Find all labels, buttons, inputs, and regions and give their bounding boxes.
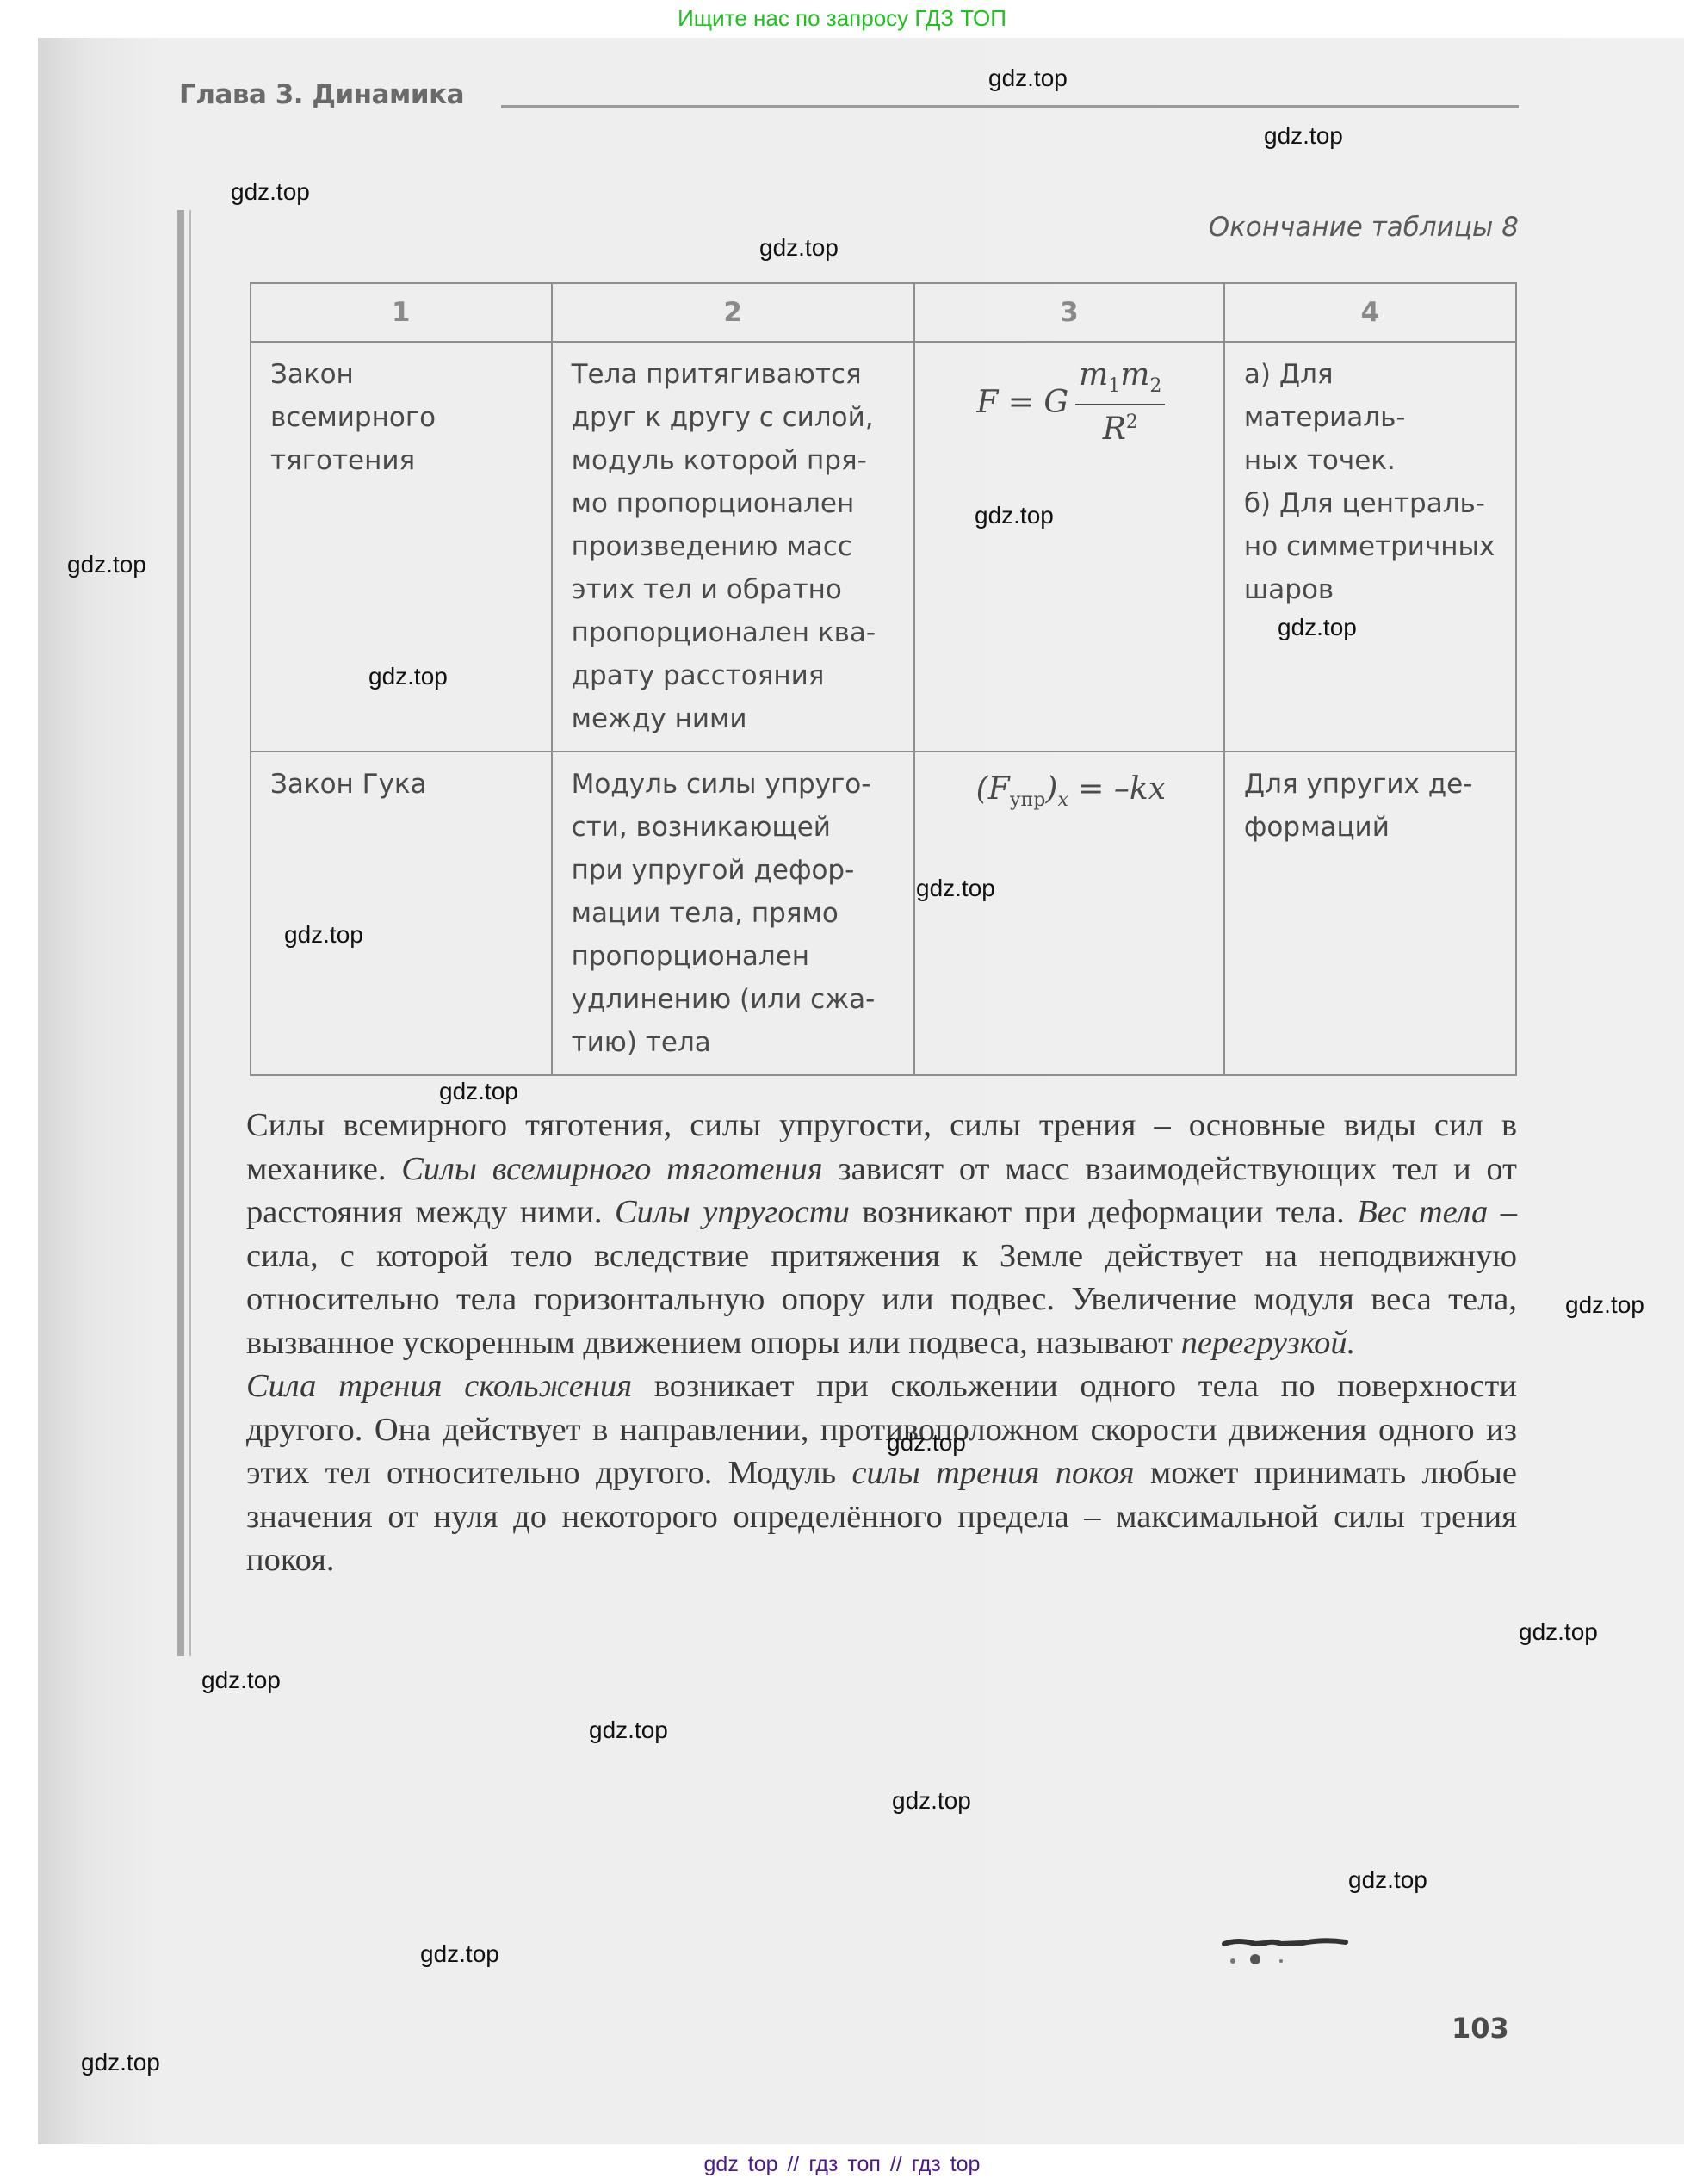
cell-line: а) Для материаль-: [1244, 353, 1500, 439]
cell-line: Тела притягиваются: [572, 353, 898, 396]
watermark-text: gdz.top: [759, 234, 839, 262]
cell-line: но симметричных: [1244, 525, 1500, 568]
margin-bar-thin: [189, 210, 191, 1656]
cell-line: формаций: [1244, 806, 1500, 849]
hooke-formula: (Fупр)x = –kx: [976, 768, 1166, 822]
page-number: 103: [1452, 2012, 1509, 2045]
watermark-text: gdz.top: [201, 1667, 281, 1694]
column-header: 2: [552, 283, 914, 342]
formula-cell: F = G m1m2 R2: [914, 342, 1224, 752]
watermark-text: gdz.top: [439, 1078, 518, 1105]
formula-cell: (Fупр)x = –kx: [914, 752, 1224, 1075]
cell-line: Для упругих де-: [1244, 763, 1500, 806]
paragraph: Сила трения скольжения возникает при ско…: [246, 1364, 1517, 1582]
header-rule: [501, 105, 1519, 108]
term-italic: перегрузкой.: [1181, 1325, 1356, 1361]
watermark-text: gdz.top: [1264, 122, 1343, 150]
term-italic: силы трения покоя: [851, 1455, 1134, 1491]
watermark-text: gdz.top: [1565, 1291, 1644, 1319]
cell-line: шаров: [1244, 568, 1500, 611]
cell-line: сти, возникающей: [572, 806, 898, 849]
cell-line: мо пропорционален: [572, 482, 898, 525]
margin-bar: [177, 210, 184, 1656]
watermark-text: gdz.top: [887, 1429, 966, 1457]
statement-cell: Тела притягиваютсядруг к другу с силой,м…: [552, 342, 914, 752]
watermark-text: gdz.top: [589, 1717, 668, 1744]
cell-line: тию) тела: [572, 1021, 898, 1064]
ink-smudge: [1221, 1937, 1348, 1966]
cell-line: пропорционален: [572, 935, 898, 978]
applicability-cell: Для упругих де-формаций: [1224, 752, 1516, 1075]
watermark-text: gdz.top: [975, 502, 1054, 529]
table-row: Закон Гука Модуль силы упруго-сти, возни…: [251, 752, 1516, 1075]
cell-line: пропорционален ква-: [572, 611, 898, 654]
watermark-text: gdz.top: [916, 875, 995, 902]
column-header: 1: [251, 283, 552, 342]
statement-cell: Модуль силы упруго-сти, возникающейпри у…: [552, 752, 914, 1075]
watermark-text: gdz.top: [1348, 1866, 1427, 1894]
term-italic: Силы всемирного тяготения: [401, 1151, 822, 1187]
column-header: 3: [914, 283, 1224, 342]
law-line: Закон: [270, 353, 536, 396]
cell-line: драту расстояния: [572, 654, 898, 697]
gravitation-formula: F = G m1m2 R2: [976, 358, 1165, 447]
watermark-text: gdz.top: [67, 551, 146, 578]
watermark-text: gdz.top: [1278, 614, 1357, 641]
law-name-cell: Закон Гука: [251, 752, 552, 1075]
watermark-text: gdz.top: [368, 663, 448, 690]
table-caption: Окончание таблицы 8: [1209, 212, 1519, 243]
cell-line: между ними: [572, 697, 898, 740]
watermark-text: gdz.top: [892, 1787, 971, 1815]
applicability-cell: а) Для материаль-ных точек.б) Для центра…: [1224, 342, 1516, 752]
term-italic: Вес тела: [1357, 1194, 1488, 1230]
table-header-row: 1 2 3 4: [251, 283, 1516, 342]
law-line: тяготения: [270, 439, 536, 482]
cell-line: модуль которой пря-: [572, 439, 898, 482]
body-text: Силы всемирного тяготения, силы упругост…: [246, 1104, 1517, 1582]
bottom-banner[interactable]: gdz top // гдз топ // гдз top: [0, 2144, 1684, 2184]
watermark-text: gdz.top: [1519, 1618, 1598, 1646]
law-line: Закон Гука: [270, 763, 536, 806]
cell-line: ных точек.: [1244, 439, 1500, 482]
watermark-text: gdz.top: [284, 921, 363, 949]
cell-line: б) Для централь-: [1244, 482, 1500, 525]
watermark-text: gdz.top: [81, 2049, 160, 2076]
cell-line: мации тела, прямо: [572, 892, 898, 935]
running-head: Глава 3. Динамика: [179, 79, 464, 110]
cell-line: этих тел и обратно: [572, 568, 898, 611]
cell-line: удлинению (или сжа-: [572, 978, 898, 1021]
top-banner[interactable]: Ищите нас по запросу ГДЗ ТОП: [0, 0, 1684, 36]
column-header: 4: [1224, 283, 1516, 342]
watermark-text: gdz.top: [231, 178, 310, 206]
cell-line: произведению масс: [572, 525, 898, 568]
watermark-text: gdz.top: [988, 65, 1068, 92]
law-line: всемирного: [270, 396, 536, 439]
cell-line: при упругой дефор-: [572, 849, 898, 892]
term-italic: Силы упругости: [615, 1194, 850, 1230]
cell-line: друг к другу с силой,: [572, 396, 898, 439]
paragraph: Силы всемирного тяготения, силы упругост…: [246, 1104, 1517, 1364]
text-run: возникают при деформации тела.: [850, 1194, 1357, 1230]
term-italic: Сила трения скольжения: [246, 1368, 632, 1404]
watermark-text: gdz.top: [420, 1940, 499, 1968]
cell-line: Модуль силы упруго-: [572, 763, 898, 806]
